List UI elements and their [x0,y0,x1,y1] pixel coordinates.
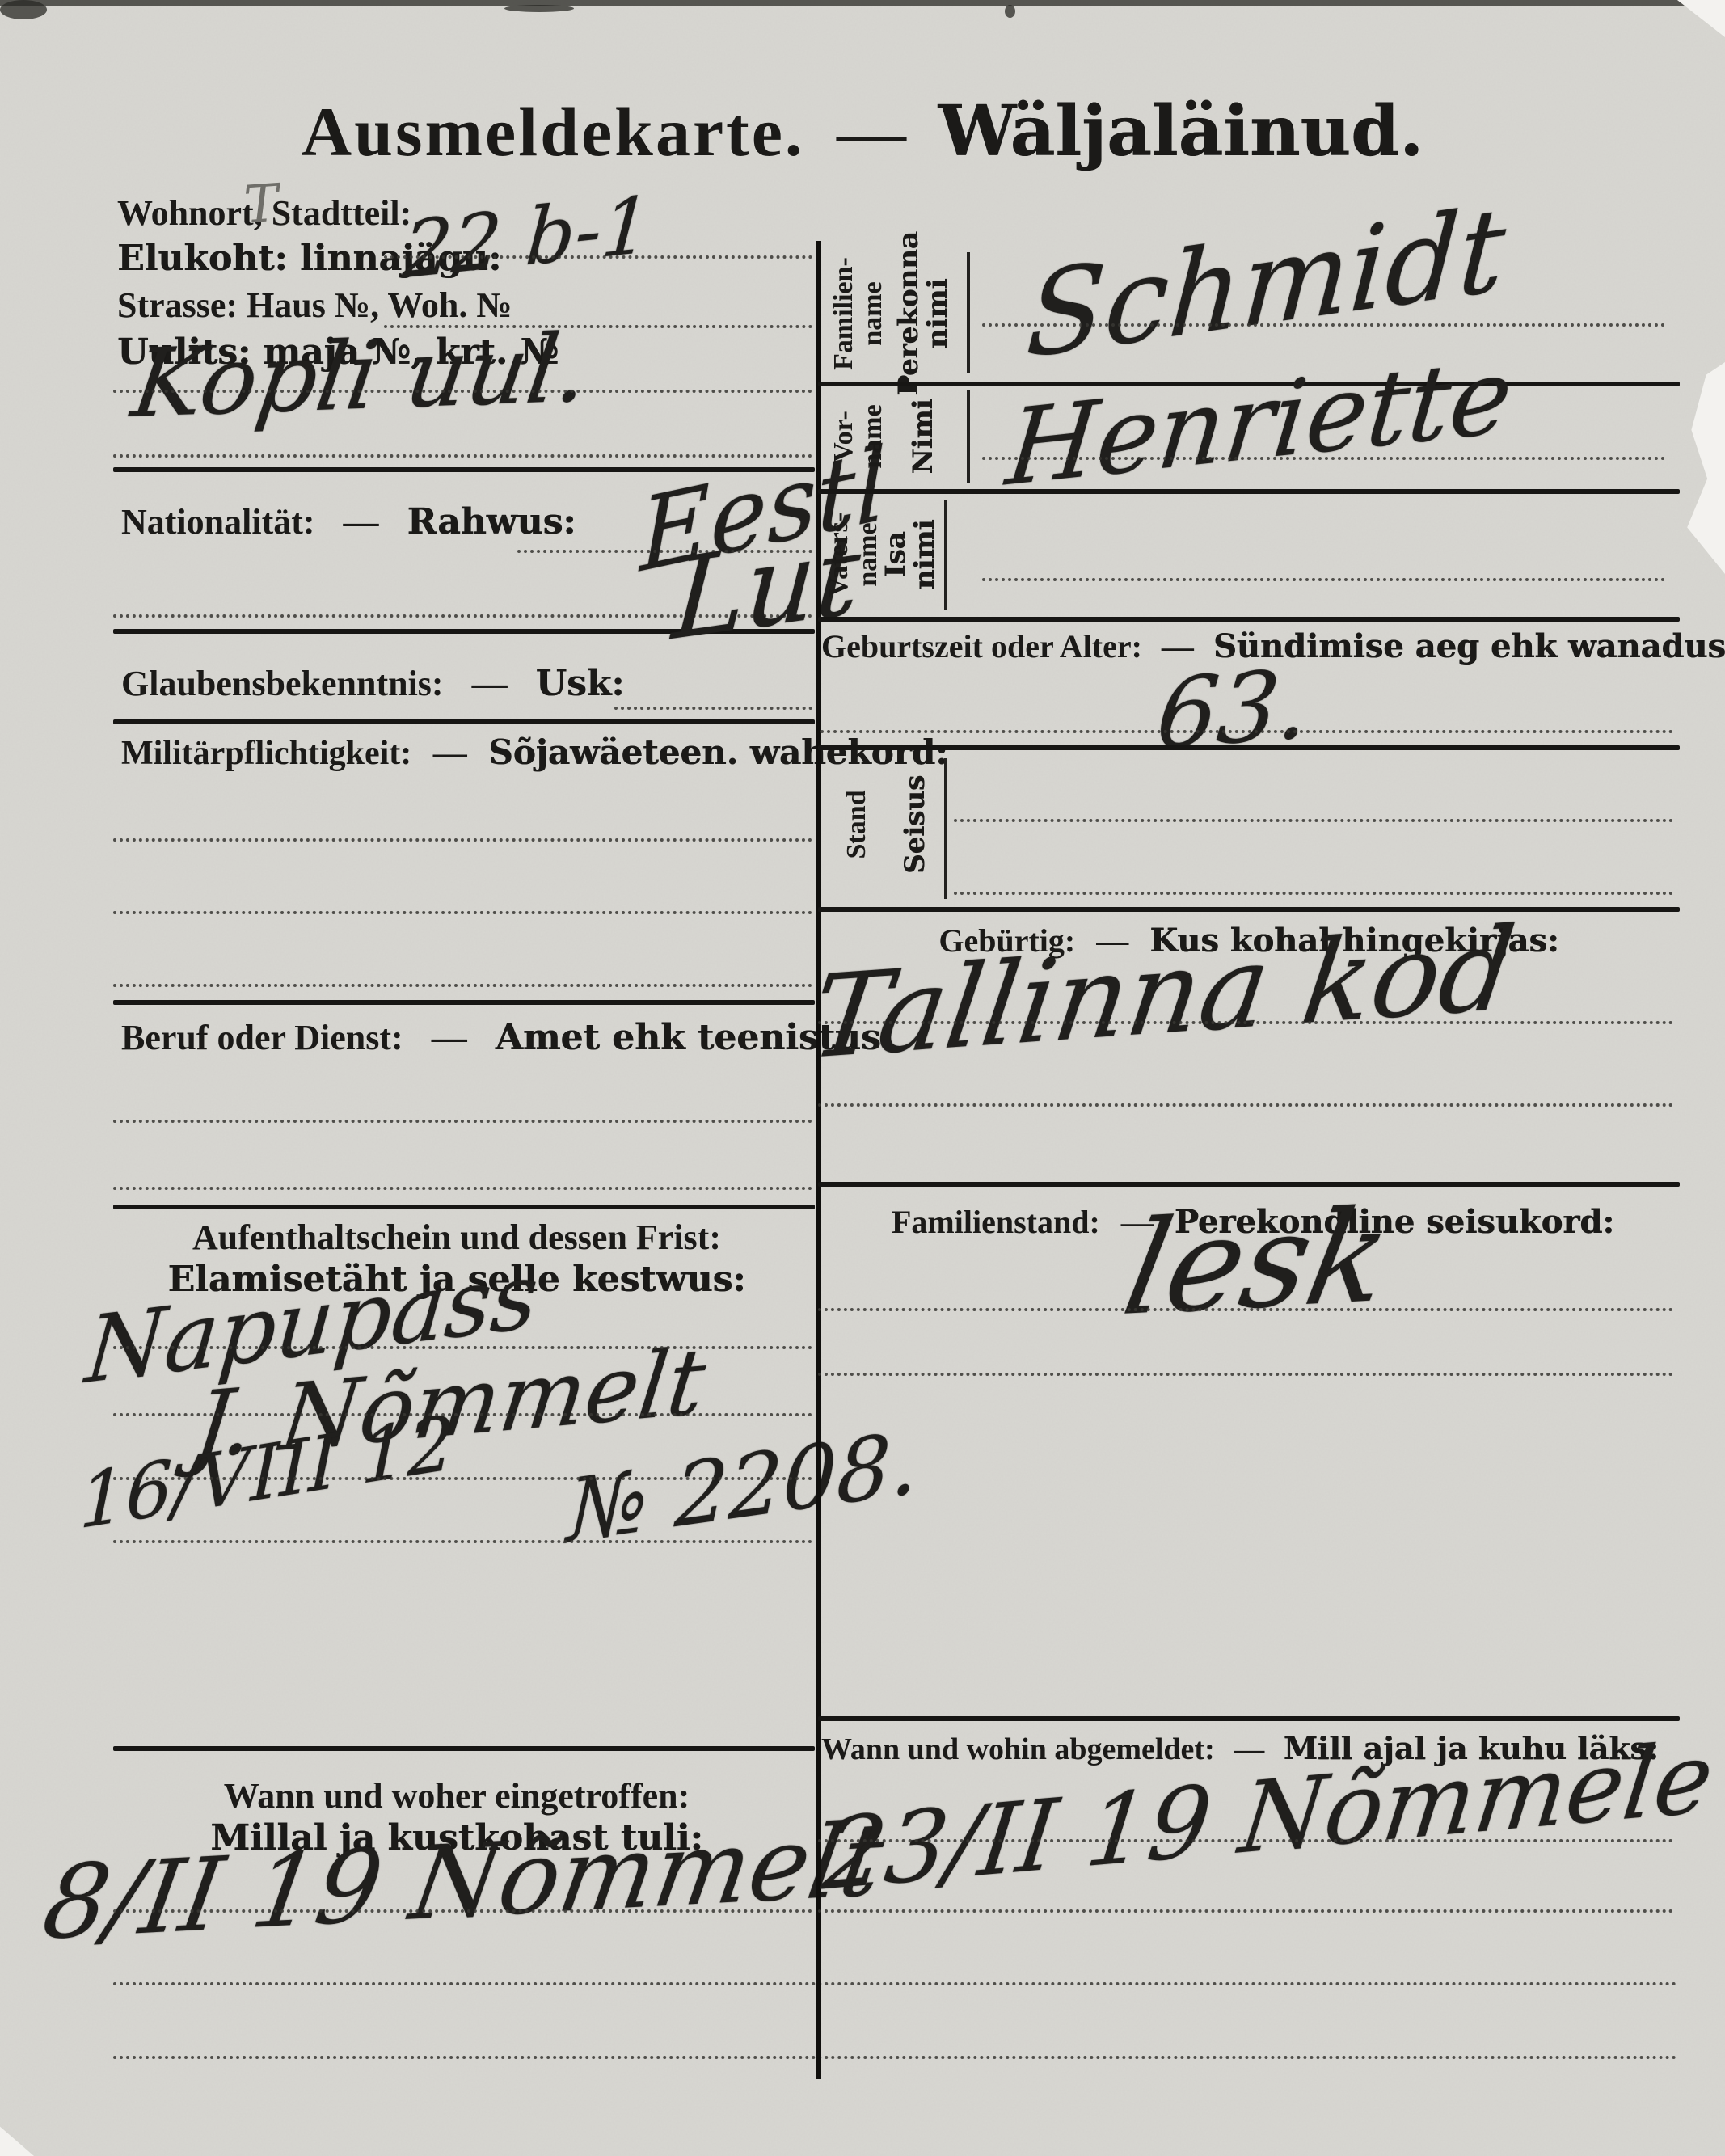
fathername-label-de-line1: Vaters- [825,513,854,597]
torn-edge-right [1683,362,1725,574]
rule-thick [818,1182,1680,1187]
familyname-label-et-line1: Perekonna [894,231,923,396]
religion-row: Glaubensbekenntnis: — Usk: [121,663,624,704]
scan-edge-top [0,0,1725,6]
religion-label-de: Glaubensbekenntnis: [121,664,444,703]
rule-thick [818,489,1680,494]
fathername-label-et-line2: nimi [910,520,939,590]
rule-dotted [982,457,1665,460]
rule-dotted [113,1909,812,1913]
profession-label-de: Beruf oder Dienst: [121,1018,403,1057]
rule-dotted [113,1120,812,1123]
title-german: Ausmeldekarte. [302,93,804,171]
fathername-label-et: Isa nimi [881,520,939,590]
birth-label-de: Geburtszeit oder Alter: [821,628,1142,665]
fathername-label-et-line1: Isa [881,520,910,590]
arrival-label-de: Wann und woher eingetroffen: [121,1775,792,1816]
rule-dotted [113,1413,812,1416]
title-estonian: Wäljaläinud. [938,91,1423,172]
departure-label-de: Wann und wohin abgemeldet: [821,1732,1215,1766]
rule-dotted [982,578,1665,581]
military-label-de: Militärpflichtigkeit: [121,735,411,772]
firstname-label-de-line1: Vor- [829,404,858,468]
stand-label-de-line1: Stand [842,790,871,859]
rule-thick [113,1746,815,1751]
pencil-mark-hand: T [242,174,280,236]
firstname-label-et: Nimi [909,399,938,475]
scan-blot-topleft [0,0,47,19]
permit-label-de: Aufenthaltschein und dessen Frist: [121,1217,792,1258]
rule-dotted [614,707,812,710]
firstname-label-de: Vor- name [829,404,888,468]
religion-dash: — [472,664,508,703]
scan-speck [1005,5,1015,18]
rule-dotted [818,1308,1673,1311]
familyname-label-de: Familien- name [829,257,888,370]
rule-dotted [384,255,812,259]
familyname-label-de-line1: Familien- [829,257,858,370]
marital-label-de: Familienstand: [892,1204,1100,1240]
stand-label-et-line1: Seisus [900,775,930,874]
religion-label-et: Usk: [536,663,625,704]
rule-dotted [818,1103,1673,1107]
rule-dotted [113,390,812,393]
nationality-label-de: Nationalität: [121,502,315,542]
stand-label-de: Stand [842,790,871,859]
rule-dotted [113,454,812,458]
house-number-hand: 22 b-1 [400,179,654,297]
rule-dotted [113,1477,812,1480]
rule-thick [113,1205,815,1209]
nationality-row: Nationalität: — Rahwus: [121,501,576,542]
torn-corner-bottomleft [0,2114,34,2156]
firstname-label-et-line1: Nimi [909,399,938,475]
firstname-label-de-line2: name [858,404,888,468]
fathername-label-de: Vaters- name [825,513,883,597]
card-title: Ausmeldekarte. — Wäljaläinud. [0,91,1725,172]
rule-dotted [113,984,812,987]
rule-dotted [113,1540,812,1543]
birth-hand: 63. [1152,648,1315,770]
familyname-label-et-line2: nimi [923,231,952,396]
rule-dotted [113,1346,812,1349]
label-separator [944,758,947,899]
label-separator [944,500,947,610]
ausmeldekarte-card: Ausmeldekarte. — Wäljaläinud. Wohnort, S… [0,0,1725,2156]
familyname-label-et: Perekonna nimi [894,231,952,396]
rule-dotted [954,892,1673,895]
column-divider [816,241,821,2079]
profession-row: Beruf oder Dienst: — Amet ehk teenistus: [121,1017,894,1058]
profession-dash: — [432,1018,467,1057]
rule-dotted [113,1982,1677,1985]
familyname-label-de-line2: name [858,257,888,370]
rule-dotted [954,819,1673,822]
title-dash: — [837,93,906,171]
rule-dotted [384,325,812,328]
stand-label-et: Seisus [900,775,930,874]
rule-thick [818,1716,1680,1721]
rule-dotted [113,838,812,842]
street-hand: Kopli uul. [126,314,596,439]
rule-dotted [982,323,1665,327]
rule-dotted [113,1187,812,1190]
nationality-label-et: Rahwus: [407,501,576,542]
label-separator [967,390,970,483]
military-dash: — [433,735,467,772]
scan-blot-topcenter [504,5,574,12]
rule-dotted [113,2056,1677,2059]
rule-dotted [818,1021,1673,1024]
rule-dotted [818,1373,1673,1376]
marital-hand: lesk [1113,1181,1402,1345]
military-label-et: Sõjawäeteen. wahekord: [488,732,947,772]
rule-dotted [820,730,1673,733]
military-row: Militärpflichtigkeit: — Sõjawäeteen. wah… [121,732,947,773]
rule-dotted [113,911,812,914]
rule-dotted [818,1839,1673,1842]
rule-thick [818,745,1680,750]
fathername-label-de-line2: name [854,513,883,597]
rule-thick [113,719,815,724]
rule-thick [818,617,1680,622]
label-separator [967,252,970,373]
nationality-dash: — [344,502,379,542]
rule-thick [818,907,1680,912]
rule-thick [113,1000,815,1005]
rule-dotted [818,1909,1673,1913]
